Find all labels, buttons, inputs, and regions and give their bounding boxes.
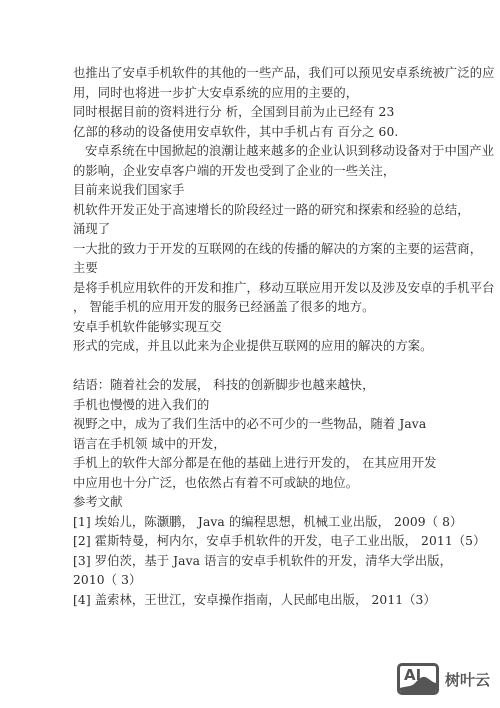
reference-item-continuation: 2010（ 3） [73,572,141,588]
reference-item: [1] 埃始儿，陈灏鹏， Java 的编程思想，机械工业出版， 2009（ 8） [73,514,462,530]
watermark-logo: AI 树叶云 [397,661,490,697]
mountain-image-icon: AI [397,663,439,695]
text-line: 一大批的致力于开发的互联网的在线的传播的解决的方案的主要的运营商， [73,241,482,257]
text-line: 同时根据目前的资料进行分 析，全国到目前为止已经有 23 [73,104,394,120]
text-line: 主要 [73,260,98,276]
text-line: 用，同时也将进一步扩大安卓系统的应用的主要的， [73,85,358,101]
conclusion-line: 结语：随着社会的发展， 科技的创新脚步也越来越快， [73,377,375,393]
text-line: 目前来说我们国家手 [73,182,185,198]
reference-item: [3] 罗伯茨，基于 Java 语言的安卓手机软件的开发，清华大学出版， [73,553,452,569]
text-line: 形式的完成，并且以此来为企业提供互联网的应用的解决的方案。 [73,338,433,354]
text-line: 的影响，企业安卓客户端的开发也受到了企业的一些关注， [73,163,395,179]
references-heading: 参考文献 [73,494,123,510]
reference-item: [4] 盖索林，王世江，安卓操作指南，人民邮电出版， 2011（3） [73,592,436,608]
text-line: 机软件开发正处于高速增长的阶段经过一路的研究和探索和经验的总结， [73,202,470,218]
brand-name: 树叶云 [445,669,490,690]
text-line: 涌现了 [73,221,110,237]
text-line: 语言在手机领 域中的开发， [73,436,226,452]
text-line: 手机上的软件大部分都是在他的基础上进行开发的， 在其应用开发 [73,455,437,471]
text-line: 是将手机应用软件的开发和推广，移动互联应用开发以及涉及安卓的手机平台 [73,280,495,296]
text-line: 安卓手机软件能够实现互交 [73,319,222,335]
text-line: 也推出了安卓手机软件的其他的一些产品，我们可以预见安卓系统被广泛的应 [73,65,495,81]
text-line: 亿部的移动的设备使用安卓软件，其中手机占有 百分之 60. [73,124,398,140]
text-line: 视野之中，成为了我们生活中的必不可少的一些物品，随着 Java [73,416,426,432]
text-line: 中应用也十分广泛，也依然占有着不可或缺的地位。 [73,475,358,491]
text-line: ， 智能手机的应用开发的服务已经涵盖了很多的地方。 [73,299,375,315]
text-line: 手机也慢慢的进入我们的 [73,397,209,413]
reference-item: [2] 霍斯特曼，柯内尔，安卓手机软件的开发，电子工业出版， 2011（5） [73,533,485,549]
text-line: 安卓系统在中国掀起的浪潮让越来越多的企业认识到移动设备对于中国产业 [85,143,494,159]
document-page: 也推出了安卓手机软件的其他的一些产品，我们可以预见安卓系统被广泛的应 用，同时也… [0,0,500,708]
